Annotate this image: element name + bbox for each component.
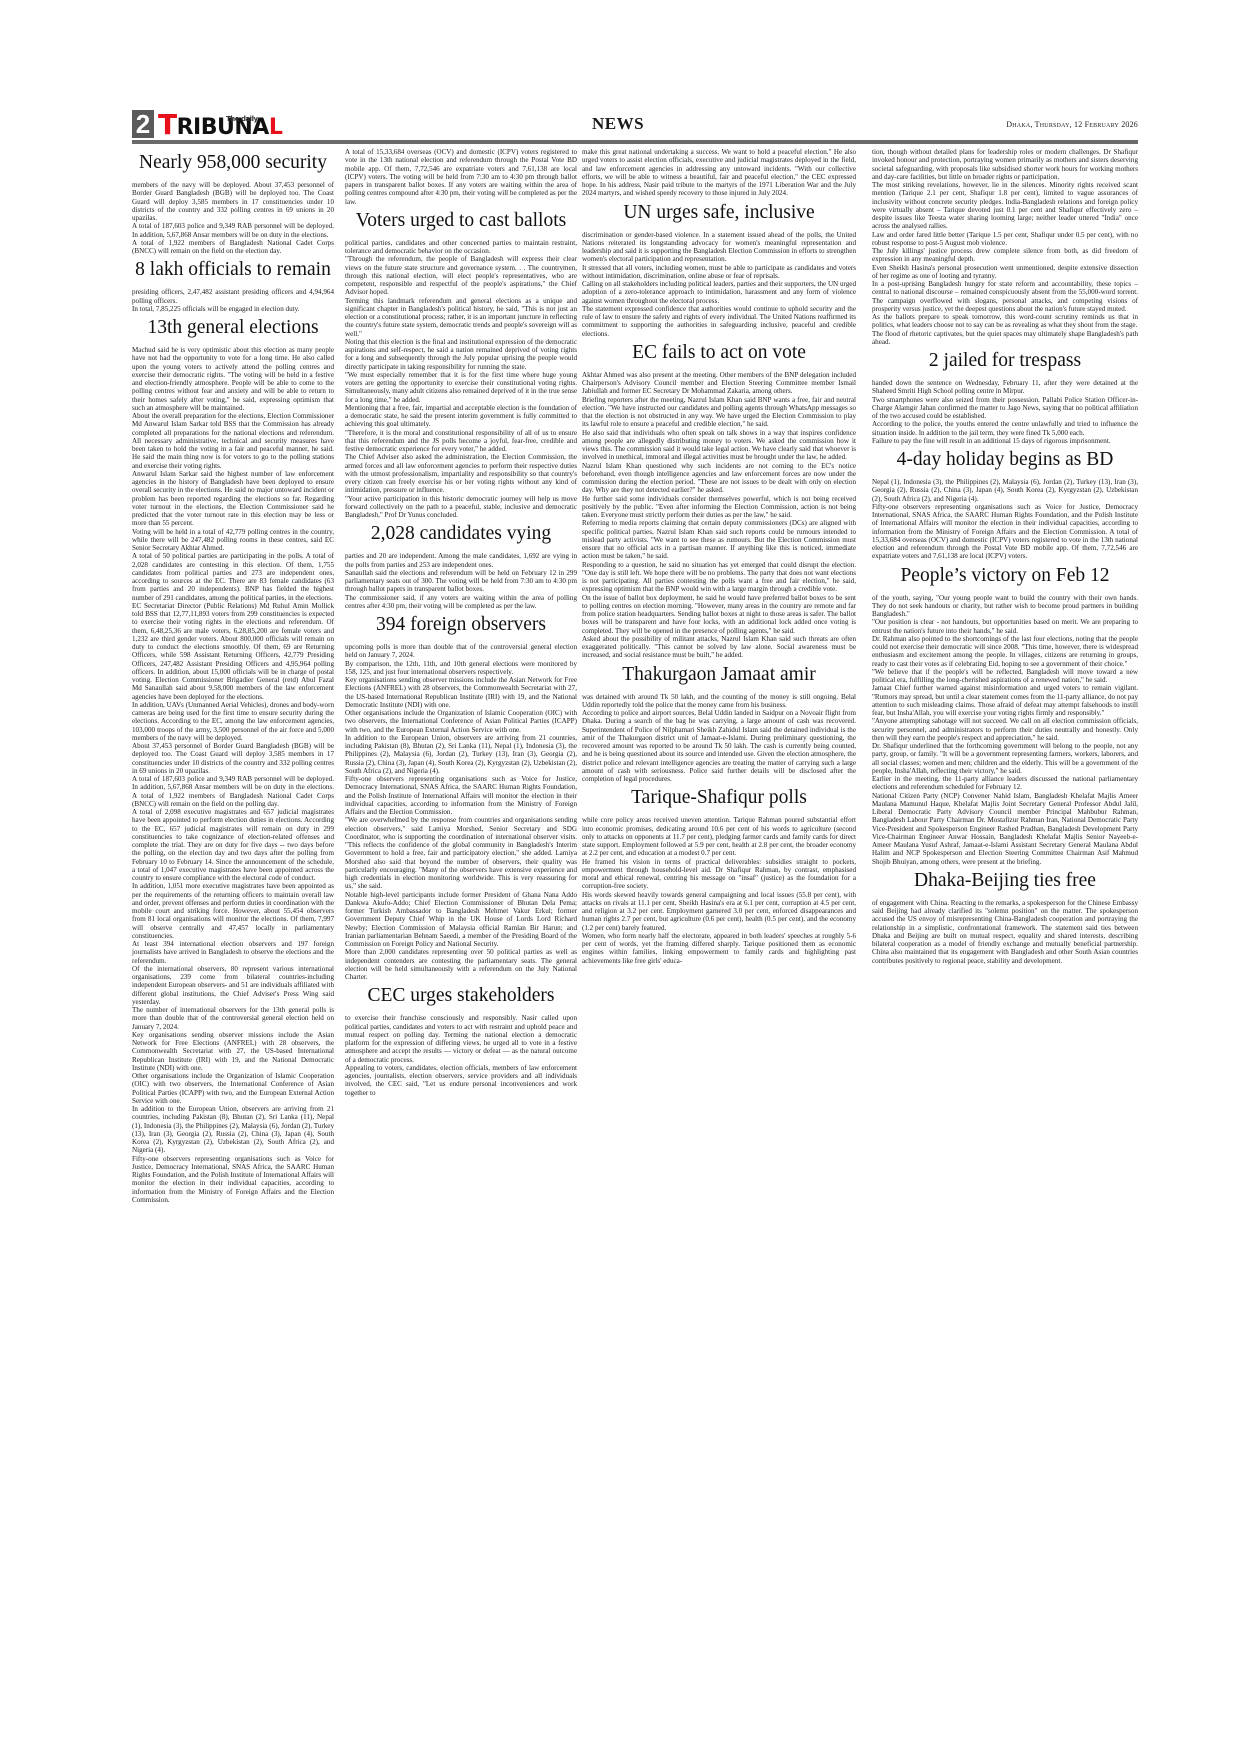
paragraph: His words skewed heavily towards general…	[582, 891, 856, 932]
paragraph: Two smartphones were also seized from th…	[872, 396, 1138, 421]
article-thakurgaon: Thakurgaon Jamaat amir was detained with…	[582, 662, 856, 784]
headline[interactable]: 4-day holiday begins as BD	[872, 447, 1138, 473]
article-general-elections: 13th general elections Machud said he is…	[132, 315, 334, 1204]
paragraph: A total of 187,603 police and 9,349 RAB …	[132, 222, 334, 239]
paragraph: was detained with around Tk 50 lakh, and…	[582, 693, 856, 710]
paragraph: Failure to pay the fine will result in a…	[872, 437, 1138, 445]
logo-letter-t: T	[158, 108, 177, 141]
paragraph: Anwarul Islam Sarkar said the highest nu…	[132, 470, 334, 528]
paragraph: In addition, 1,051 more executive magist…	[132, 882, 334, 940]
headline[interactable]: UN urges safe, inclusive	[582, 200, 856, 226]
paragraph: A total of 2,098 executive magistrates a…	[132, 808, 334, 882]
logo-letter-l: L	[269, 115, 283, 140]
paragraph: "We believe that if the people's will be…	[872, 668, 1138, 685]
paragraph: About the overall preparation for the el…	[132, 412, 334, 470]
article-officials: 8 lakh officials to remain presiding off…	[132, 257, 334, 313]
paragraph: Appealing to voters, candidates, electio…	[345, 1064, 577, 1097]
paragraph: Calling on all stakeholders including po…	[582, 280, 856, 305]
paragraph: political parties, candidates and other …	[345, 239, 577, 256]
paragraph: Law and order fared little better (Tariq…	[872, 231, 1138, 248]
article-postal-vote-continued: A total of 15,33,684 overseas (OCV) and …	[345, 148, 577, 206]
paragraph: Dr. Shafiqur underlined that the forthco…	[872, 742, 1138, 775]
headline[interactable]: Tarique-Shafiqur polls	[582, 785, 856, 811]
paragraph: Referring to media reports claiming that…	[582, 519, 856, 560]
article-ec-fails: EC fails to act on vote Akhtar Ahmed was…	[582, 340, 856, 660]
article-dhaka-beijing: Dhaka-Beijing ties free of engagement wi…	[872, 868, 1138, 965]
newspaper-logo[interactable]: The daily TRIBUNAL	[158, 112, 282, 141]
paragraph: "Our position is clear - not handouts, b…	[872, 618, 1138, 635]
paragraph: A total of 187,603 police and 9,349 RAB …	[132, 775, 334, 808]
paragraph: About 37,453 personnel of Border Guard B…	[132, 742, 334, 775]
paragraph: Other organisations include the Organiza…	[345, 709, 577, 734]
paragraph: Fifty-one observers representing organis…	[872, 503, 1138, 561]
headline[interactable]: CEC urges stakeholders	[345, 983, 577, 1009]
paragraph: Women, who form nearly half the electora…	[582, 932, 856, 965]
headline[interactable]: 2 jailed for trespass	[872, 348, 1138, 374]
article-voters-urged: Voters urged to cast ballots political p…	[345, 208, 577, 520]
paragraph: In a post-uprising Bangladesh hungry for…	[872, 280, 1138, 313]
paragraph: The commissioner said, if any voters are…	[345, 594, 577, 611]
headline[interactable]: 8 lakh officials to remain	[132, 257, 334, 283]
paragraph: The most striking revelations, however, …	[872, 181, 1138, 231]
masthead-rule	[132, 140, 1138, 144]
headline[interactable]: Nearly 958,000 security	[132, 150, 334, 176]
paragraph: The number of international observers fo…	[132, 1006, 334, 1031]
article-peoples-victory: People’s victory on Feb 12 of the youth,…	[872, 563, 1138, 866]
paragraph: Asked about the possibility of militant …	[582, 635, 856, 660]
paragraph: As the ballots prepare to speak tomorrow…	[872, 313, 1138, 330]
paragraph: Even Sheikh Hasina's personal prosecutio…	[872, 264, 1138, 281]
paragraph: Sanaullah said the elections and referen…	[345, 569, 577, 594]
paragraph: Akhtar Ahmed was also present at the mee…	[582, 371, 856, 396]
logo-tagline: The daily	[226, 106, 258, 132]
paragraph: "Therefore, it is the moral and constitu…	[345, 429, 577, 454]
page-number: 2	[132, 110, 154, 138]
paragraph: while core policy areas received uneven …	[582, 816, 856, 857]
article-jailed-trespass: 2 jailed for trespass handed down the se…	[872, 348, 1138, 445]
paragraph: make this great national undertaking a s…	[582, 148, 856, 198]
masthead: 2 The daily TRIBUNAL NEWS Dhaka, Thursda…	[132, 110, 1138, 140]
paragraph: According to police and airport sources,…	[582, 709, 856, 783]
paragraph: Noting that this election is the final a…	[345, 338, 577, 371]
paragraph: Nepal (1), Indonesia (3), the Philippine…	[872, 478, 1138, 503]
article-un-urges: UN urges safe, inclusive discrimination …	[582, 200, 856, 338]
paragraph: Voting will be held in a total of 42,779…	[132, 528, 334, 553]
paragraph: Terming this landmark referendum and gen…	[345, 297, 577, 338]
paragraph: Key organisations sending observer missi…	[345, 676, 577, 709]
paragraph: It stressed that all voters, including w…	[582, 264, 856, 281]
paragraph: On the issue of ballot box deployment, h…	[582, 594, 856, 635]
paragraph: "Through the referendum, the people of B…	[345, 255, 577, 296]
headline[interactable]: 13th general elections	[132, 315, 334, 341]
paragraph: Responding to a question, he said no sit…	[582, 561, 856, 594]
article-security: Nearly 958,000 security members of the n…	[132, 150, 334, 255]
paragraph: By comparison, the 12th, 11th, and 10th …	[345, 660, 577, 677]
paragraph: "Anyone attempting sabotage will not suc…	[872, 717, 1138, 742]
paragraph: of engagement with China. Reacting to th…	[872, 899, 1138, 965]
paragraph: Mentioning that a free, fair, impartial …	[345, 404, 577, 429]
section-title: NEWS	[592, 114, 644, 134]
paragraph: Earlier in the meeting, the 11-party all…	[872, 775, 1138, 792]
dateline: Dhaka, Thursday, 12 February 2026	[1006, 120, 1138, 129]
column-3: make this great national undertaking a s…	[582, 148, 856, 965]
paragraph: to exercise their franchise consciously …	[345, 1014, 577, 1064]
paragraph: In addition to the European Union, obser…	[345, 734, 577, 775]
column-2: A total of 15,33,684 overseas (OCV) and …	[345, 148, 577, 1097]
paragraph: In addition to the European Union, obser…	[132, 1105, 334, 1155]
article-candidates-vying: 2,028 candidates vying parties and 20 ar…	[345, 521, 577, 610]
article-polls-continued: tion, though without detailed plans for …	[872, 148, 1138, 346]
paragraph: upcoming polls is more than double that …	[345, 643, 577, 660]
article-holiday: 4-day holiday begins as BD Nepal (1), In…	[872, 447, 1138, 561]
paragraph: In total, 7,85,225 officials will be eng…	[132, 305, 334, 313]
paragraph: The flood of rhetoric captivates, but th…	[872, 330, 1138, 347]
paragraph: The Chief Adviser also asked the adminis…	[345, 453, 577, 494]
headline[interactable]: Thakurgaon Jamaat amir	[582, 662, 856, 688]
headline[interactable]: Voters urged to cast ballots	[345, 208, 577, 234]
paragraph: More than 2,000 candidates representing …	[345, 948, 577, 981]
headline[interactable]: Dhaka-Beijing ties free	[872, 868, 1138, 894]
paragraph: In addition, UAVs (Unmanned Aerial Vehic…	[132, 701, 334, 742]
paragraph: He further said some individuals conside…	[582, 495, 856, 520]
paragraph: Briefing reporters after the meeting, Na…	[582, 396, 856, 429]
headline[interactable]: EC fails to act on vote	[582, 340, 856, 366]
article-cec-urges: CEC urges stakeholders to exercise their…	[345, 983, 577, 1097]
paragraph: According to the police, the youths ente…	[872, 420, 1138, 437]
paragraph: Nazrul Islam Khan questioned why such in…	[582, 462, 856, 495]
paragraph: Fifty-one observers representing organis…	[345, 775, 577, 816]
paragraph: tion, though without detailed plans for …	[872, 148, 1138, 181]
paragraph: Notable high-level participants include …	[345, 891, 577, 949]
article-foreign-observers: 394 foreign observers upcoming polls is …	[345, 612, 577, 981]
paragraph: The statement expressed confidence that …	[582, 305, 856, 338]
paragraph: He framed his vision in terms of practic…	[582, 858, 856, 891]
article-cec-continued: make this great national undertaking a s…	[582, 148, 856, 198]
paragraph: Jamaat Chief further warned against misi…	[872, 684, 1138, 717]
paragraph: presiding officers, 2,47,482 assistant p…	[132, 288, 334, 305]
paragraph: handed down the sentence on Wednesday, F…	[872, 379, 1138, 396]
paragraph: National Citizen Party (NCP) Convener Na…	[872, 792, 1138, 866]
headline[interactable]: People’s victory on Feb 12	[872, 563, 1138, 589]
paragraph: Other organisations include the Organiza…	[132, 1072, 334, 1105]
paragraph: parties and 20 are independent. Among th…	[345, 552, 577, 569]
paragraph: He also said that individuals who often …	[582, 429, 856, 462]
paragraph: of the youth, saying, "Our young people …	[872, 594, 1138, 619]
headline[interactable]: 394 foreign observers	[345, 612, 577, 638]
column-1: Nearly 958,000 security members of the n…	[132, 148, 334, 1204]
paragraph: Of the international observers, 80 repre…	[132, 965, 334, 1006]
article-tarique-shafiqur: Tarique-Shafiqur polls while core policy…	[582, 785, 856, 965]
paragraph: "We are overwhelmed by the response from…	[345, 816, 577, 890]
paragraph: Fifty-one observers representing organis…	[132, 1155, 334, 1205]
column-4: tion, though without detailed plans for …	[872, 148, 1138, 965]
paragraph: EC Secretariat Director (Public Relation…	[132, 602, 334, 701]
paragraph: A total of 15,33,684 overseas (OCV) and …	[345, 148, 577, 206]
paragraph: Dr. Rahman also pointed to the shortcomi…	[872, 635, 1138, 668]
paragraph: At least 394 international election obse…	[132, 940, 334, 965]
paragraph: Machud said he is very optimistic about …	[132, 346, 334, 412]
paragraph: Key organisations sending observer missi…	[132, 1031, 334, 1072]
paragraph: The July killings' justice process drew …	[872, 247, 1138, 264]
paragraph: "Your active participation in this histo…	[345, 495, 577, 520]
paragraph: members of the navy will be deployed. Ab…	[132, 181, 334, 222]
paragraph: A total of 50 political parties are part…	[132, 552, 334, 602]
paragraph: "We must especially remember that it is …	[345, 371, 577, 404]
headline[interactable]: 2,028 candidates vying	[345, 521, 577, 547]
paragraph: discrimination or gender-based violence.…	[582, 231, 856, 264]
paragraph: A total of 1,922 members of Bangladesh N…	[132, 239, 334, 256]
